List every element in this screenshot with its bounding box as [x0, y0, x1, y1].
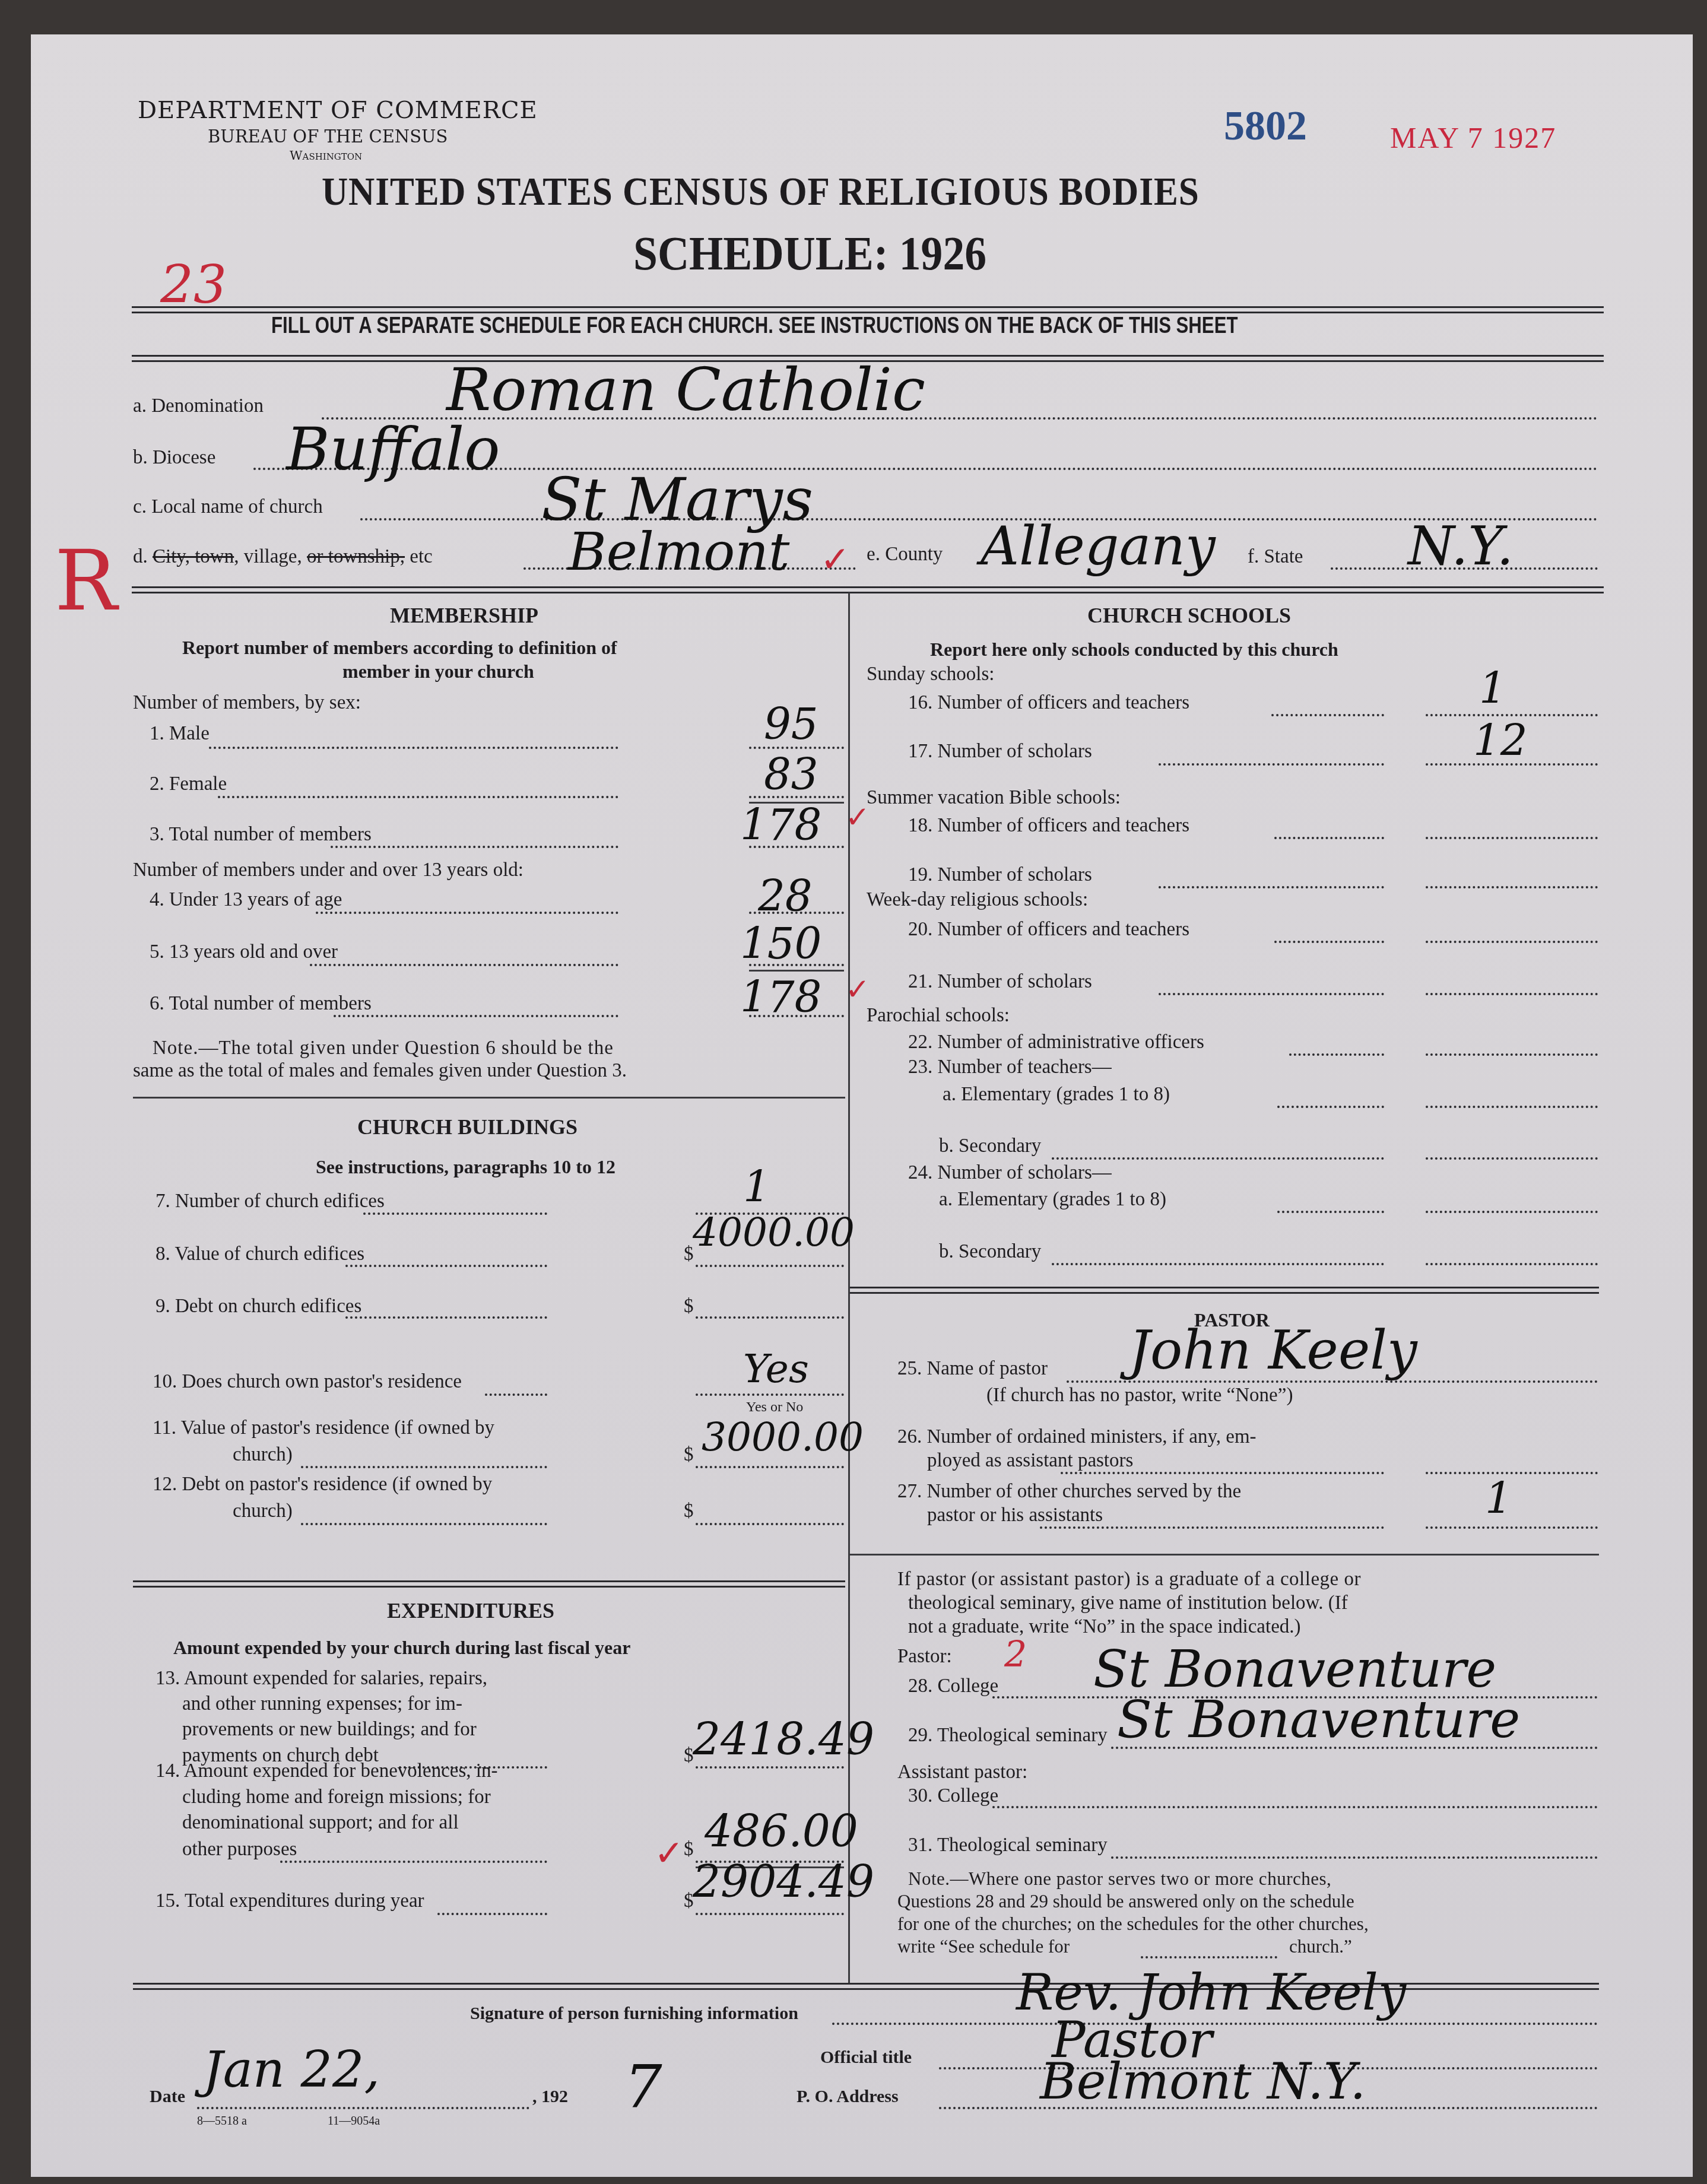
membership-note: Note.—The total given under Question 6 s…	[153, 1037, 614, 1059]
residence-debt-label-2: church)	[233, 1500, 293, 1522]
red-check-icon: ✓	[820, 539, 850, 580]
dotted-line	[1061, 1472, 1384, 1474]
dotted-line	[437, 1913, 547, 1915]
yes-no-hint: Yes or No	[746, 1399, 803, 1415]
age-group-label: Number of members under and over 13 year…	[133, 859, 523, 881]
form-title: UNITED STATES CENSUS OF RELIGIOUS BODIES	[322, 168, 1200, 215]
q27-field[interactable]: 1	[1485, 1474, 1512, 1523]
weekday-schools-heading: Week-day religious schools:	[867, 889, 1088, 911]
edifices-count-field[interactable]: 1	[743, 1162, 770, 1212]
edifices-debt-label: 9. Debt on church edifices	[156, 1296, 361, 1318]
church-schools-heading: CHURCH SCHOOLS	[1087, 603, 1291, 628]
pastor-subheading: Pastor:	[897, 1646, 952, 1668]
pastor-seminary-field[interactable]: St Bonaventure	[1117, 1690, 1520, 1750]
city-label-prefix: d.	[133, 546, 148, 567]
residence-value-label-2: church)	[233, 1444, 293, 1466]
assistant-pastor-subheading: Assistant pastor:	[897, 1761, 1027, 1783]
dotted-line	[1277, 1211, 1384, 1213]
dotted-line	[485, 1393, 547, 1396]
q23b-label: b. Secondary	[939, 1135, 1041, 1157]
pastor-note-5: church.”	[1289, 1936, 1352, 1957]
total-members-2-label: 6. Total number of members	[150, 993, 372, 1015]
dotted-line	[331, 846, 618, 848]
q27-label-2: pastor or his assistants	[927, 1504, 1103, 1526]
section-rule	[133, 1097, 845, 1099]
edifices-value-field[interactable]: 4000.00	[693, 1210, 855, 1255]
q31-label: 31. Theological seminary	[908, 1834, 1108, 1856]
q18-label: 18. Number of officers and teachers	[908, 815, 1189, 837]
q19-label: 19. Number of scholars	[908, 864, 1092, 886]
q16-label: 16. Number of officers and teachers	[908, 692, 1189, 714]
q13-label-line-3: provements or new buildings; and for	[182, 1719, 477, 1741]
date-label: Date	[150, 2087, 185, 2107]
residence-debt-label: 12. Debt on pastor's residence (if owned…	[153, 1474, 492, 1496]
dotted-line	[301, 1523, 547, 1525]
graduate-instructions-2: theological seminary, give name of insti…	[908, 1592, 1348, 1614]
dotted-line	[992, 1806, 1598, 1808]
owns-residence-label: 10. Does church own pastor's residence	[153, 1371, 462, 1393]
double-rule	[132, 586, 1604, 588]
q14-label-line-3: denominational support; and for all	[182, 1812, 459, 1834]
q29-label: 29. Theological seminary	[908, 1725, 1108, 1747]
dotted-line	[1159, 993, 1384, 995]
by-sex-label: Number of members, by sex:	[133, 692, 361, 714]
female-count-field[interactable]: 83	[764, 750, 818, 799]
total-members-label: 3. Total number of members	[150, 824, 372, 846]
q28-label: 28. College	[908, 1675, 998, 1697]
summer-schools-heading: Summer vacation Bible schools:	[867, 787, 1121, 809]
dotted-line	[218, 796, 618, 798]
year-field[interactable]: 7	[624, 2052, 662, 2122]
q25-label: 25. Name of pastor	[897, 1358, 1048, 1380]
q13-label-line-2: and other running expenses; for im-	[182, 1693, 462, 1715]
diocese-field[interactable]: Buffalo	[286, 414, 500, 484]
male-label: 1. Male	[150, 723, 210, 745]
q27-label: 27. Number of other churches served by t…	[897, 1481, 1241, 1503]
dotted-line	[1274, 837, 1384, 839]
pastor-note-2: Questions 28 and 29 should be answered o…	[897, 1891, 1354, 1912]
owns-residence-field[interactable]: Yes	[743, 1346, 809, 1392]
dotted-line	[1271, 714, 1384, 716]
dotted-line	[696, 1265, 844, 1267]
dotted-line	[696, 1393, 844, 1396]
no-pastor-hint: (If church has no pastor, write “None”)	[986, 1385, 1293, 1407]
q15-total-field[interactable]: 2904.49	[693, 1856, 874, 1907]
q17-label: 17. Number of scholars	[908, 741, 1092, 763]
under-13-label: 4. Under 13 years of age	[150, 889, 342, 911]
dotted-line	[1426, 941, 1598, 943]
county-field[interactable]: Allegany	[981, 515, 1216, 577]
dotted-line	[1426, 1157, 1598, 1160]
dotted-line	[280, 1861, 547, 1863]
double-rule	[132, 306, 1604, 308]
dotted-line	[1052, 1263, 1384, 1265]
q13-label-line-1: 13. Amount expended for salaries, repair…	[156, 1668, 487, 1690]
dotted-line	[1426, 886, 1598, 888]
q26-label: 26. Number of ordained ministers, if any…	[897, 1426, 1257, 1448]
schedule-title: SCHEDULE: 1926	[633, 227, 986, 281]
po-address-label: P. O. Address	[797, 2087, 899, 2107]
dotted-line	[1159, 763, 1384, 766]
q14-amount-field[interactable]: 486.00	[705, 1806, 858, 1857]
dotted-line	[1111, 1856, 1598, 1859]
q14-label-line-1: 14. Amount expended for benevolences, in…	[156, 1760, 497, 1782]
form-code: 8—5518 a	[197, 2115, 247, 2128]
dotted-line	[1426, 993, 1598, 995]
diocese-label: b. Diocese	[133, 447, 215, 469]
city-label-mid: , village,	[234, 546, 302, 567]
dollar-sign: $	[684, 1444, 694, 1466]
q21-label: 21. Number of scholars	[908, 971, 1092, 993]
dotted-line	[209, 747, 618, 749]
church-schools-subtitle: Report here only schools conducted by th…	[930, 639, 1338, 661]
dotted-line	[1274, 941, 1384, 943]
dollar-sign: $	[684, 1296, 694, 1318]
dotted-line	[1426, 1263, 1598, 1265]
dotted-line	[1040, 1526, 1384, 1529]
parochial-schools-heading: Parochial schools:	[867, 1005, 1010, 1027]
dotted-line	[301, 1466, 547, 1468]
graduate-instructions-1: If pastor (or assistant pastor) is a gra…	[897, 1569, 1361, 1591]
q13-amount-field[interactable]: 2418.49	[693, 1714, 874, 1765]
dotted-line	[696, 1466, 844, 1468]
dotted-line	[345, 1316, 547, 1319]
expenditures-subtitle: Amount expended by your church during la…	[173, 1637, 630, 1659]
pastor-note-1: Note.—Where one pastor serves two or mor…	[908, 1868, 1331, 1890]
q30-label: 30. College	[908, 1785, 998, 1807]
q22-label: 22. Number of administrative officers	[908, 1031, 1204, 1053]
graduate-instructions-3: not a graduate, write “No” in the space …	[908, 1616, 1301, 1638]
city-label: d. City, town, village, or township, etc	[133, 546, 433, 568]
year-prefix: , 192	[532, 2087, 568, 2107]
dotted-line	[334, 1015, 618, 1017]
q24-label: 24. Number of scholars—	[908, 1162, 1112, 1184]
city-heading: Washington	[290, 148, 362, 163]
q20-label: 20. Number of officers and teachers	[908, 919, 1189, 941]
dotted-line	[1289, 1053, 1384, 1056]
dollar-sign: $	[684, 1500, 694, 1522]
membership-subtitle: Report number of members according to de…	[182, 637, 617, 659]
edifices-value-label: 8. Value of church edifices	[156, 1243, 364, 1265]
membership-subtitle-2: member in your church	[342, 661, 534, 682]
dotted-line	[1052, 1157, 1384, 1160]
dotted-line	[1277, 1106, 1384, 1108]
census-form-page: DEPARTMENT OF COMMERCE BUREAU OF THE CEN…	[31, 34, 1693, 2177]
q17-field[interactable]: 12	[1473, 716, 1528, 766]
department-heading: DEPARTMENT OF COMMERCE	[138, 97, 538, 124]
dotted-line	[1426, 1053, 1598, 1056]
q23-label: 23. Number of teachers—	[908, 1056, 1112, 1078]
instructions-banner: FILL OUT A SEPARATE SCHEDULE FOR EACH CH…	[271, 313, 1238, 339]
double-rule	[850, 1287, 1599, 1288]
dotted-line	[197, 2107, 529, 2109]
pastor-note-4: write “See schedule for	[897, 1936, 1070, 1957]
membership-heading: MEMBERSHIP	[390, 603, 538, 628]
official-title-label: Official title	[820, 2047, 912, 2068]
signature-label: Signature of person furnishing informati…	[470, 2004, 798, 2024]
red-annotation-letter: R	[55, 533, 117, 630]
dotted-line	[696, 1316, 844, 1319]
dotted-line	[1426, 837, 1598, 839]
q26-label-2: ployed as assistant pastors	[927, 1450, 1133, 1472]
dotted-line	[363, 1212, 547, 1215]
dotted-line	[832, 2023, 1598, 2025]
denomination-field[interactable]: Roman Catholic	[446, 355, 925, 424]
q24b-label: b. Secondary	[939, 1241, 1041, 1263]
church-buildings-subtitle: See instructions, paragraphs 10 to 12	[316, 1156, 615, 1178]
church-buildings-heading: CHURCH BUILDINGS	[357, 1115, 578, 1139]
received-date-stamp: MAY 7 1927	[1390, 120, 1556, 155]
edifices-count-label: 7. Number of church edifices	[156, 1191, 385, 1212]
expenditures-heading: EXPENDITURES	[387, 1598, 554, 1623]
denomination-label: a. Denomination	[133, 395, 264, 417]
form-code-2: 11—9054a	[328, 2115, 380, 2128]
section-rule	[850, 1554, 1599, 1556]
total-members-field[interactable]: 178	[740, 800, 821, 850]
dotted-line	[1159, 886, 1384, 888]
dotted-line	[316, 912, 618, 914]
dotted-line	[696, 1913, 844, 1915]
stamp-number: 5802	[1224, 103, 1307, 150]
q23a-text: a. Elementary (grades 1 to 8)	[943, 1084, 1170, 1105]
under-13-field[interactable]: 28	[758, 871, 813, 921]
date-field[interactable]: Jan 22,	[203, 2040, 380, 2099]
residence-value-field[interactable]: 3000.00	[702, 1414, 864, 1460]
q15-label: 15. Total expenditures during year	[156, 1890, 424, 1912]
female-label: 2. Female	[150, 773, 227, 795]
po-address-field[interactable]: Belmont N.Y.	[1040, 2052, 1366, 2110]
q14-label-line-2: cluding home and foreign missions; for	[182, 1786, 491, 1808]
red-annotation-pastor: 2	[1004, 1634, 1027, 1675]
residence-value-label: 11. Value of pastor's residence (if owne…	[153, 1417, 494, 1439]
total-members-2-field[interactable]: 178	[740, 972, 821, 1022]
sunday-schools-heading: Sunday schools:	[867, 664, 994, 685]
dotted-line	[310, 964, 618, 966]
township-label-struck: or township,	[307, 546, 405, 567]
dotted-line	[1426, 1211, 1598, 1213]
city-label-struck: City, town	[153, 546, 234, 567]
dotted-line	[696, 1766, 844, 1769]
state-field[interactable]: N.Y.	[1408, 515, 1514, 577]
male-count-field[interactable]: 95	[764, 699, 818, 749]
dotted-line	[345, 1265, 547, 1267]
q24a-label: a. Elementary (grades 1 to 8)	[939, 1189, 1166, 1211]
q16-field[interactable]: 1	[1479, 664, 1506, 713]
city-field[interactable]: Belmont	[568, 521, 789, 582]
bureau-heading: BUREAU OF THE CENSUS	[208, 126, 448, 147]
sum-rule	[749, 970, 844, 972]
county-label: e. County	[867, 544, 943, 566]
q23a-label: a. Elementary (grades 1 to 8)	[939, 1084, 1170, 1106]
local-name-label: c. Local name of church	[133, 496, 323, 518]
over-13-field[interactable]: 150	[740, 919, 821, 969]
red-check-icon: ✓	[845, 972, 870, 1007]
dotted-line	[1426, 1526, 1598, 1529]
city-label-suffix: etc	[410, 546, 432, 567]
q14-label-line-4: other purposes	[182, 1839, 297, 1861]
red-check-icon: ✓	[654, 1833, 684, 1874]
over-13-label: 5. 13 years old and over	[150, 941, 338, 963]
double-rule	[133, 1580, 845, 1582]
membership-note-2: same as the total of males and females g…	[133, 1060, 627, 1082]
pastor-note-3: for one of the churches; on the schedule…	[897, 1913, 1369, 1935]
pastor-name-field[interactable]: John Keely	[1129, 1319, 1417, 1382]
dotted-line	[1426, 1106, 1598, 1108]
state-label: f. State	[1248, 546, 1303, 568]
dotted-line	[1141, 1956, 1277, 1958]
dotted-line	[696, 1523, 844, 1525]
